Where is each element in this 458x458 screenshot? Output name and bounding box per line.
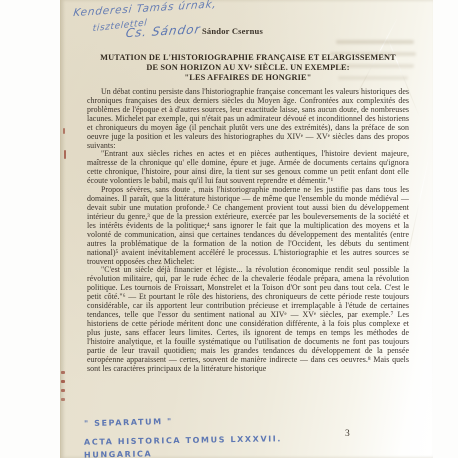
body-paragraph: Propos sévères, sans doute , mais l'hist… — [87, 186, 409, 266]
body-paragraph-quote: "C'est un siècle déjà financier et légis… — [87, 266, 409, 373]
article-title-line2: DE SON HORIZON AU XVᵉ SIÈCLE. UN EXEMPLE… — [87, 63, 409, 73]
red-ink-mark — [61, 398, 65, 401]
page-number: 3 — [345, 429, 350, 439]
red-ink-mark — [64, 150, 66, 159]
red-ink-mark — [61, 389, 65, 392]
red-ink-mark — [61, 380, 65, 383]
body-paragraph: Un débat continu persiste dans l'histori… — [87, 88, 409, 150]
article-body: Un débat continu persiste dans l'histori… — [87, 88, 409, 374]
article-title: MUTATION DE L'HISTORIOGRAPHIE FRANÇAISE … — [87, 53, 409, 83]
author-name: Sándor Csernus — [202, 26, 263, 36]
article-title-line3: "LES AFFAIRES DE HONGRIE" — [87, 73, 409, 83]
body-paragraph-quote: "Entrant aux siècles riches en actes et … — [87, 150, 409, 186]
article-title-line1: MUTATION DE L'HISTORIOGRAPHIE FRANÇAISE … — [87, 53, 409, 63]
red-ink-mark — [61, 371, 65, 374]
red-ink-mark — [63, 128, 65, 134]
scanned-page-view: Kenderesi Tamás úrnak, tisztelettel Cs. … — [0, 0, 458, 458]
